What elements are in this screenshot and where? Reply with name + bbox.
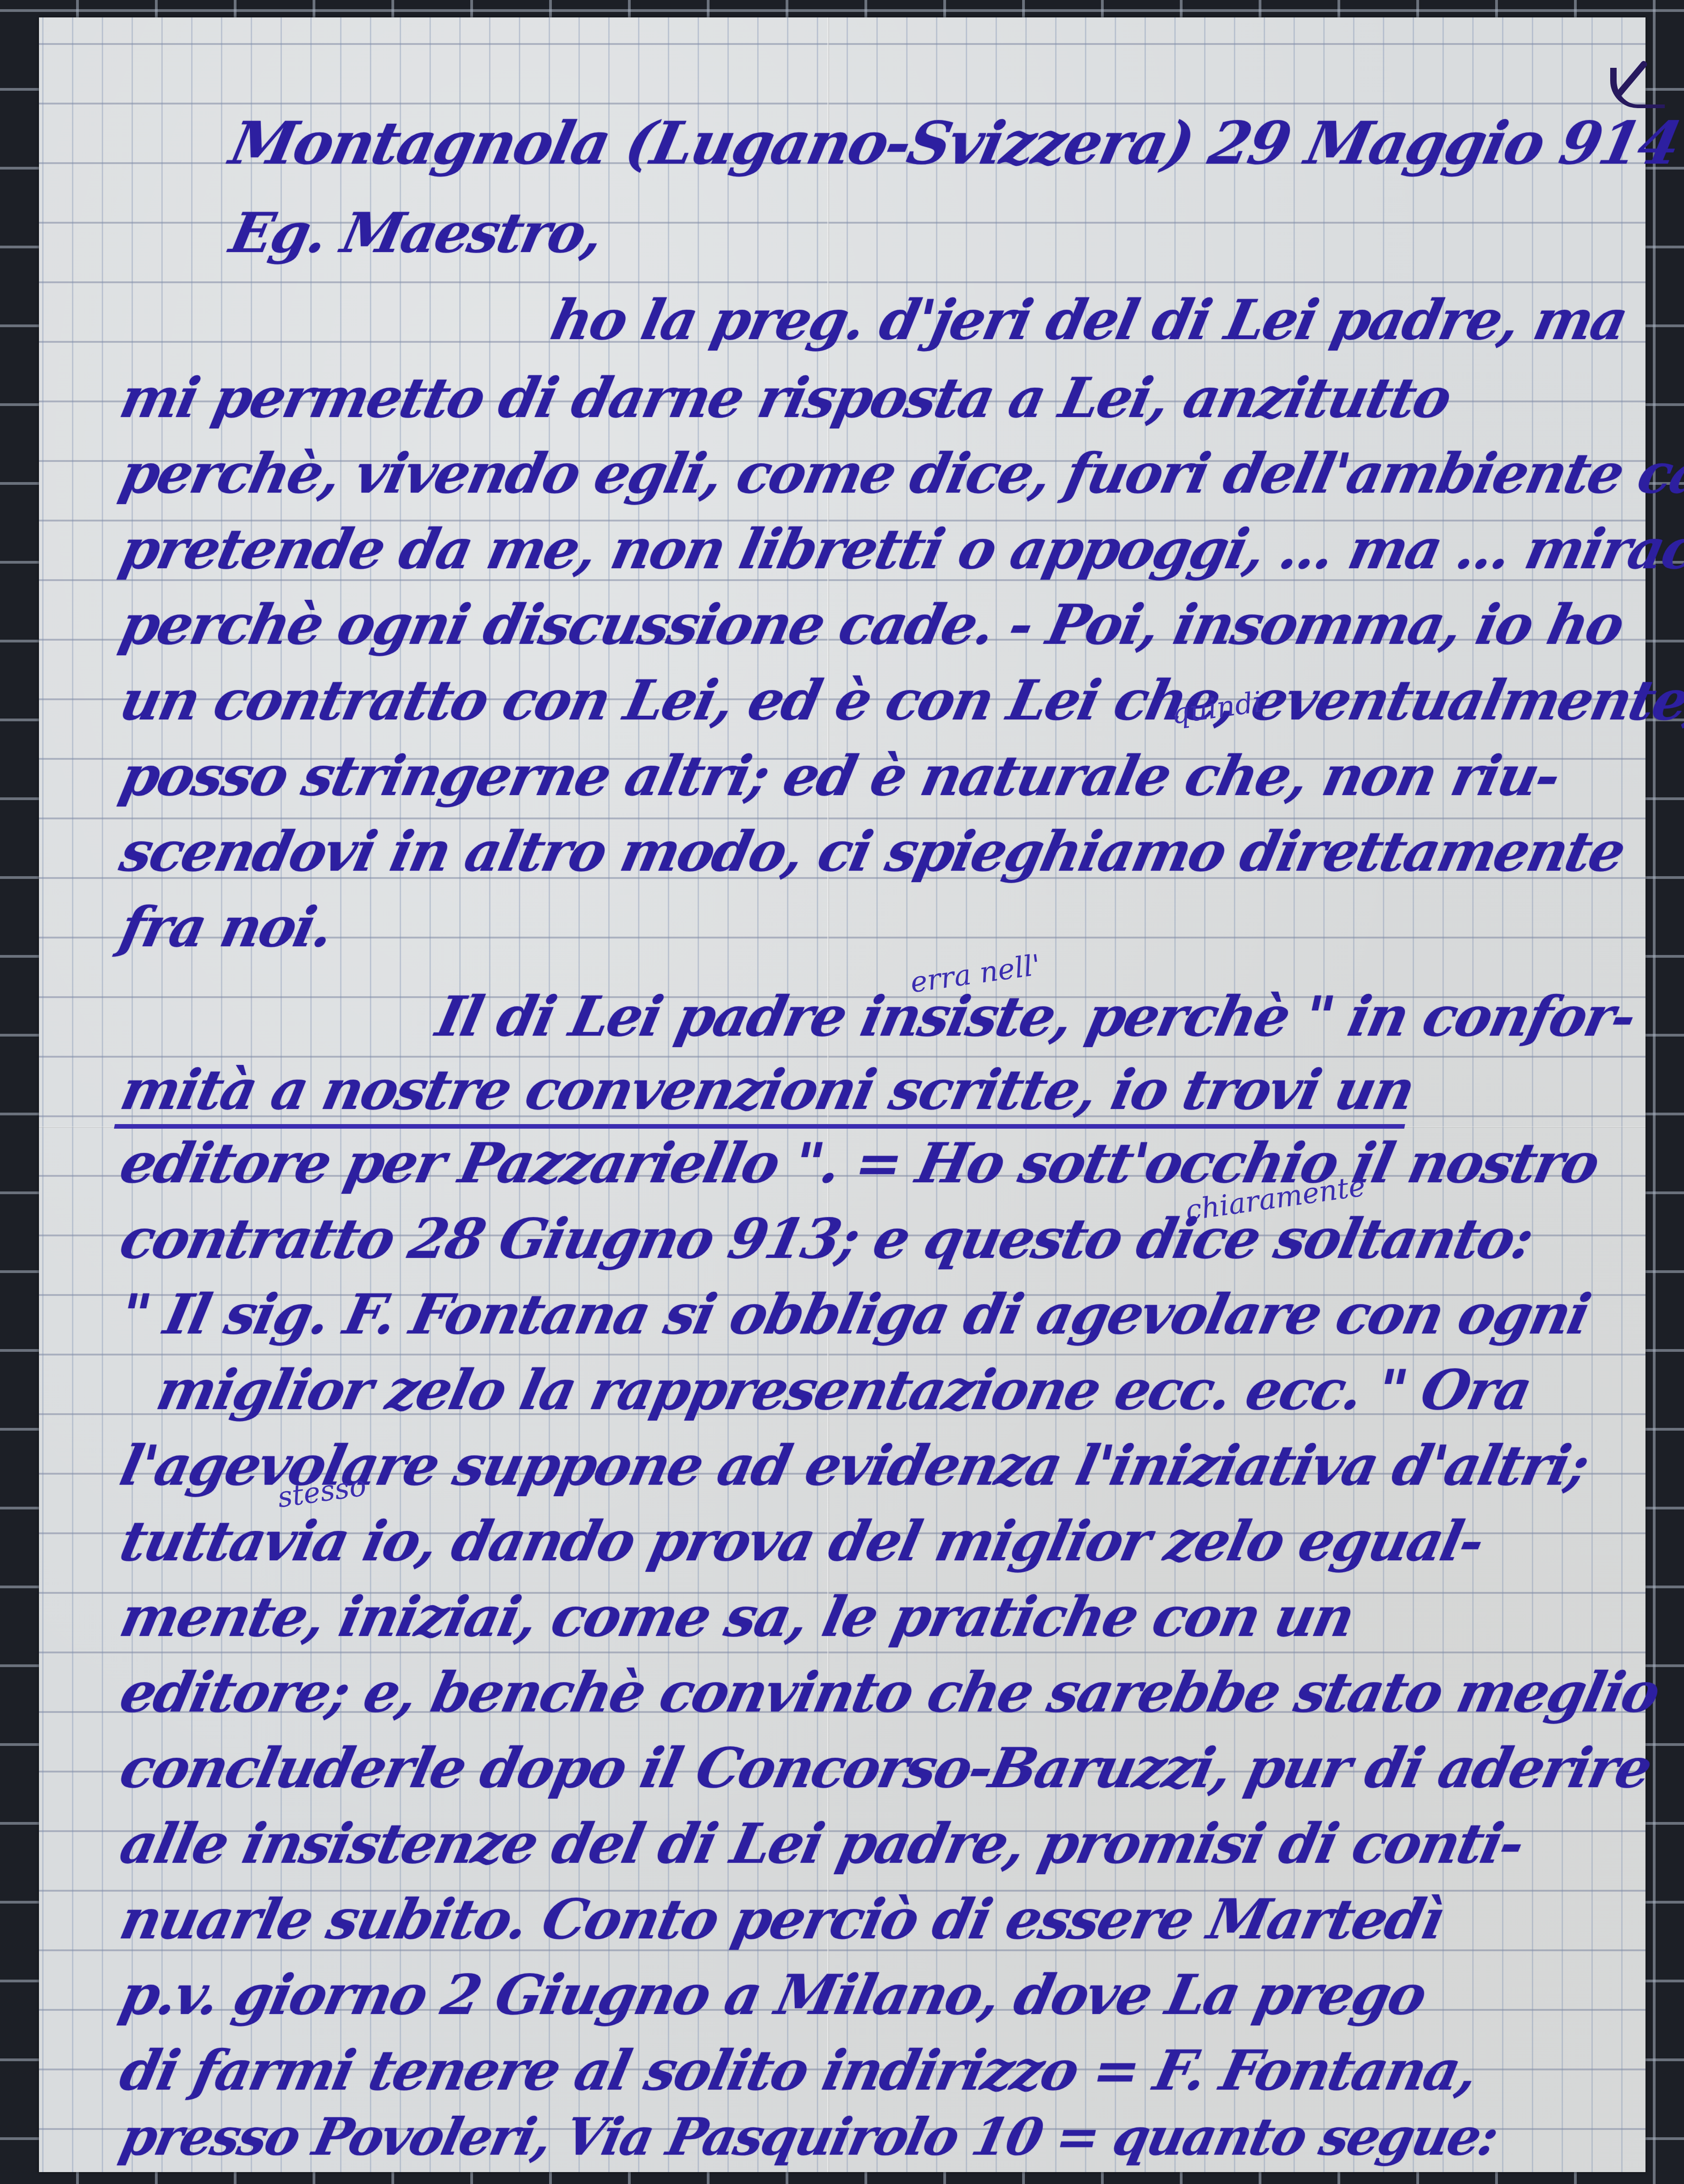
- letter-line-4: pretende da me, non libretti o appoggi, …: [115, 517, 1684, 582]
- letter-line-10: Il di Lei padre insiste, perchè " in con…: [431, 984, 1640, 1049]
- salutation: Eg. Maestro,: [225, 201, 608, 265]
- letter-line-18: mente, iniziai, come sa, le pratiche con…: [115, 1585, 1359, 1649]
- page-number-mark: [1607, 54, 1662, 109]
- letter-line-6: un contratto con Lei, ed è con Lei che, …: [115, 668, 1684, 733]
- letter-line-11: mità a nostre convenzioni scritte, io tr…: [114, 1058, 1420, 1129]
- letter-line-22: nuarle subito. Conto perciò di essere Ma…: [115, 1887, 1448, 1952]
- letter-line-12: editore per Pazzariello ". = Ho sott'occ…: [115, 1131, 1604, 1196]
- letter-line-2: mi permetto di darne risposta a Lei, anz…: [115, 366, 1456, 430]
- letter-line-25: presso Povoleri, Via Pasquirolo 10 = qua…: [115, 2107, 1502, 2167]
- letter-line-24: di farmi tenere al solito indirizzo = F.…: [115, 2038, 1482, 2103]
- letter-line-21: alle insistenze del di Lei padre, promis…: [115, 1811, 1529, 1876]
- letter-line-17: tuttavia io, dando prova del miglior zel…: [115, 1509, 1488, 1574]
- letter-line-13: contratto 28 Giugno 913; e questo dice s…: [115, 1207, 1538, 1271]
- letter-line-20: concluderle dopo il Concorso-Baruzzi, pu…: [115, 1736, 1656, 1800]
- header-place-date: Montagnola (Lugano-Svizzera) 29 Maggio 9…: [224, 109, 1684, 178]
- letter-line-3: perchè, vivendo egli, come dice, fuori d…: [115, 441, 1684, 506]
- letter-line-5: perchè ogni discussione cade. - Poi, ins…: [115, 593, 1629, 657]
- letter-line-14: " Il sig. F. Fontana si obbliga di agevo…: [115, 1282, 1595, 1347]
- letter-line-1: ho la preg. d'jeri del di Lei padre, ma: [545, 288, 1632, 352]
- letter-paper: Montagnola (Lugano-Svizzera) 29 Maggio 9…: [39, 17, 1645, 2172]
- letter-line-23: p.v. giorno 2 Giugno a Milano, dove La p…: [115, 1963, 1431, 2027]
- letter-line-8: scendovi in altro modo, ci spieghiamo di…: [115, 819, 1629, 884]
- letter-line-9: fra noi.: [115, 895, 338, 960]
- letter-line-7: posso stringerne altri; ed è naturale ch…: [115, 744, 1564, 808]
- letter-line-19: editore; e, benchè convinto che sarebbe …: [115, 1660, 1664, 1725]
- letter-line-15: miglior zelo la rappresentazione ecc. ec…: [151, 1358, 1536, 1422]
